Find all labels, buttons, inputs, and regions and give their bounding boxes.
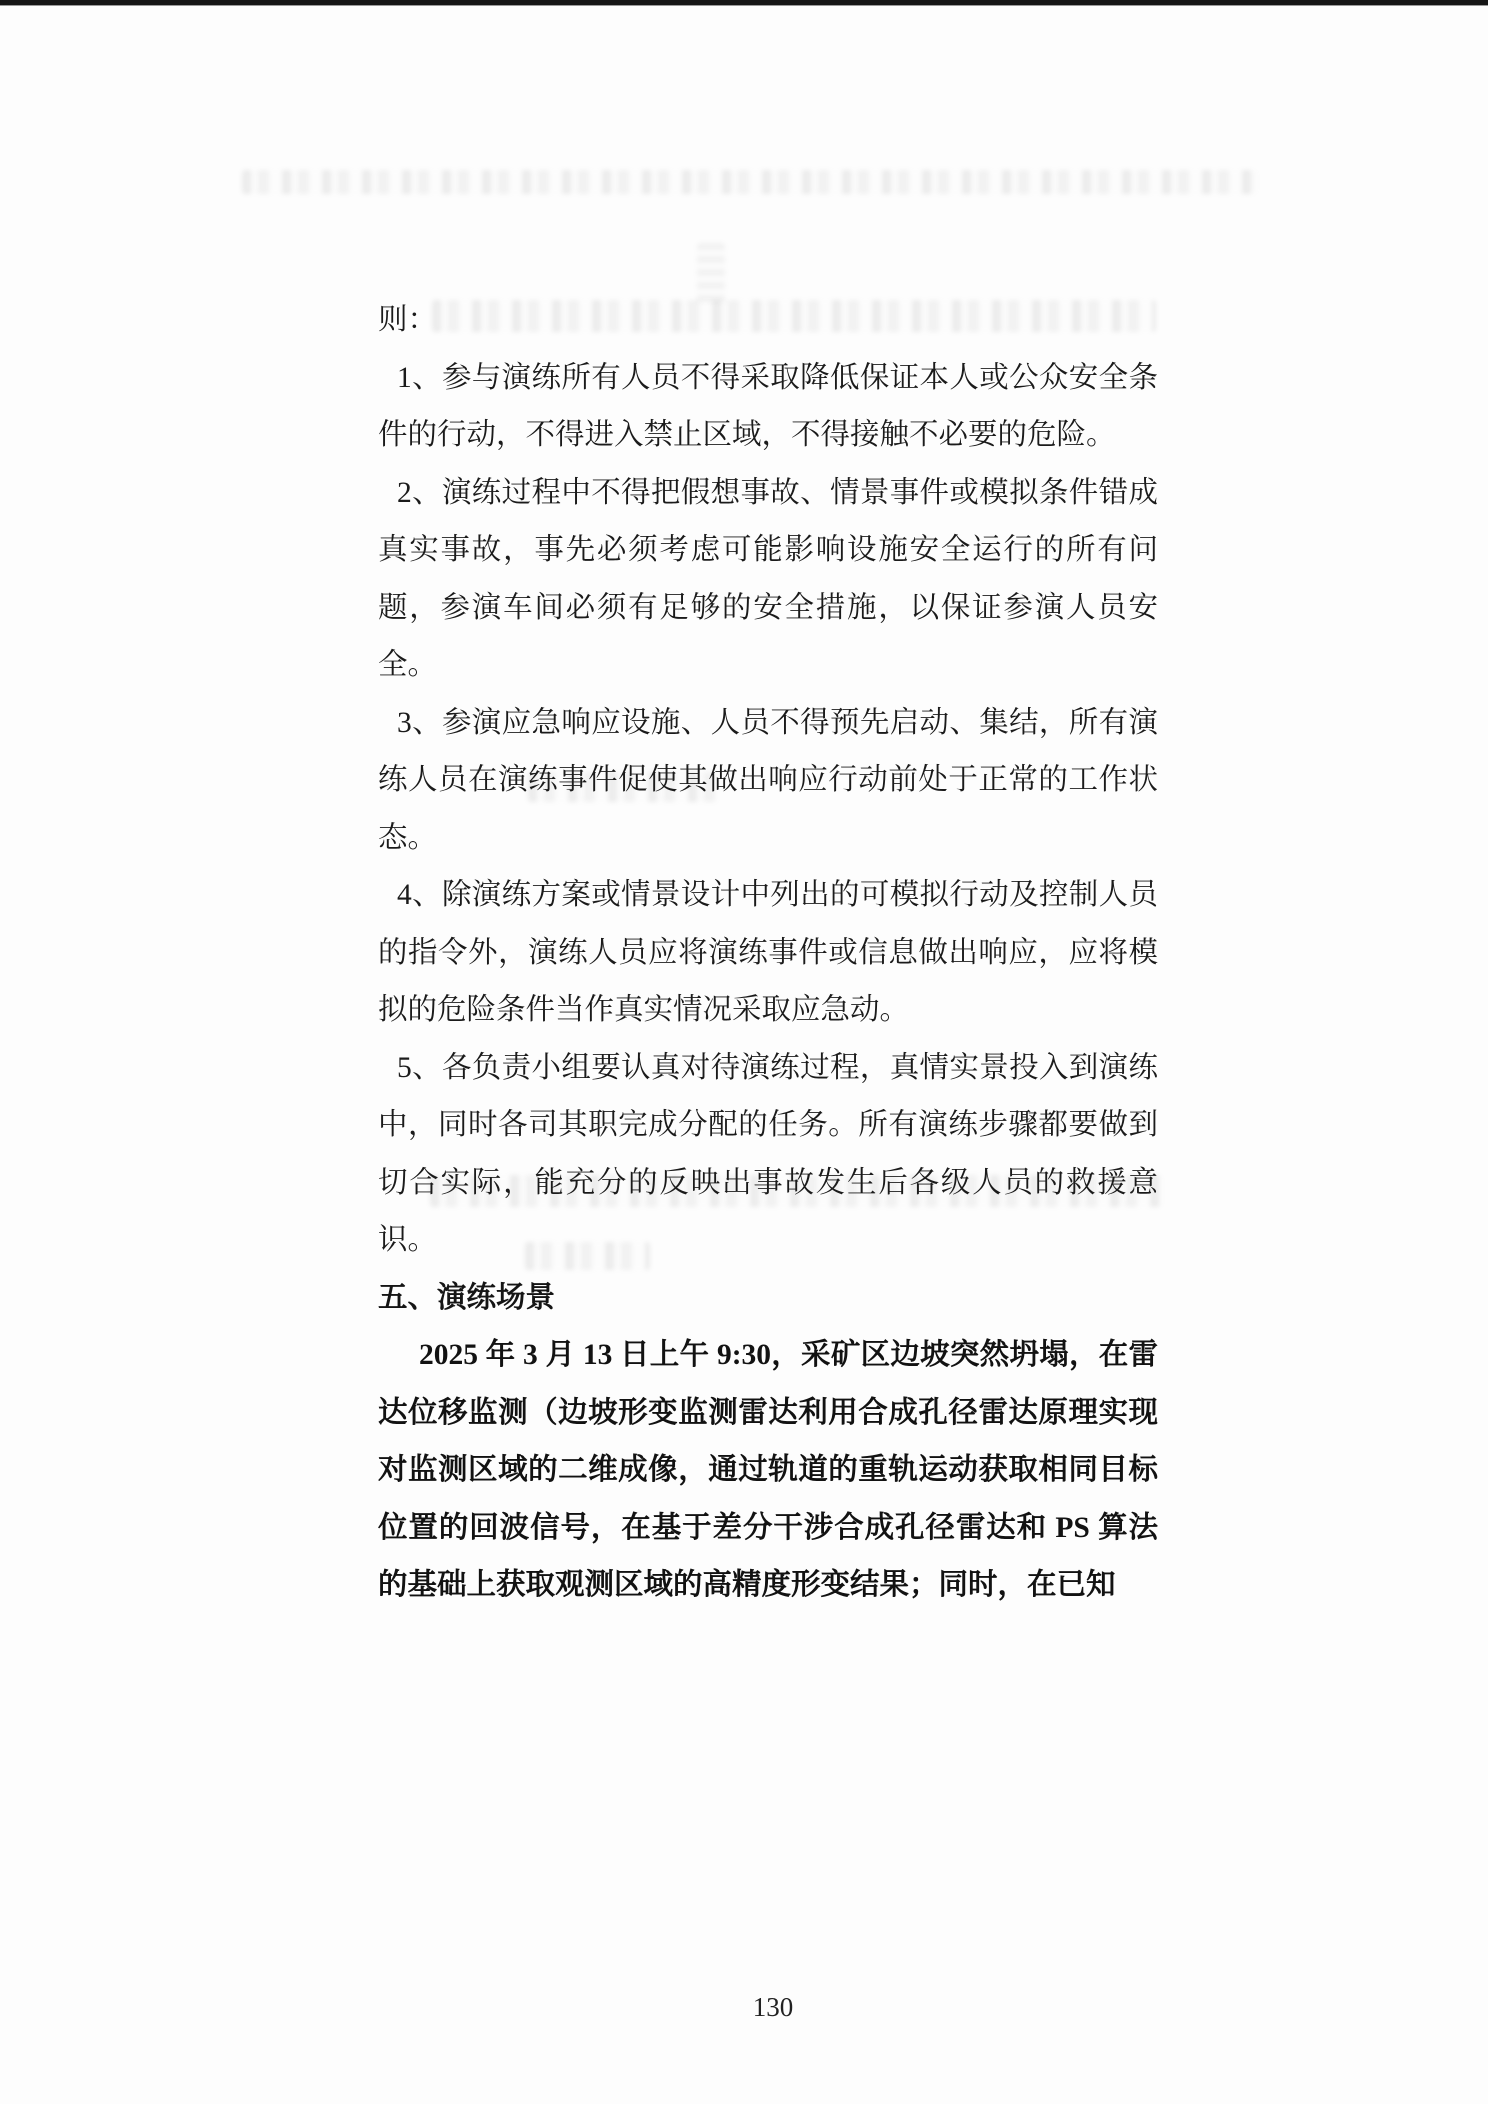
scenario-paragraph: 2025 年 3 月 13 日上午 9:30，采矿区边坡突然坍塌，在雷达位移监测…	[378, 1327, 1158, 1615]
page-number: 130	[753, 1992, 794, 2022]
rule-item-4: 4、除演练方案或情景设计中列出的可模拟行动及控制人员的指令外，演练人员应将演练事…	[378, 867, 1158, 1040]
rule-item-3: 3、参演应急响应设施、人员不得预先启动、集结，所有演练人员在演练事件促使其做出响…	[378, 695, 1158, 868]
document-page: 则： 1、参与演练所有人员不得采取降低保证本人或公众安全条件的行动，不得进入禁止…	[0, 0, 1488, 2104]
section-heading: 五、演练场景	[378, 1270, 1158, 1328]
lead-fragment-line: 则：	[378, 292, 1158, 350]
page-footer: 130	[753, 1992, 794, 2022]
bleedthrough-artifact-top-row	[242, 170, 1257, 194]
scanner-edge-artifact	[0, 0, 1488, 6]
rule-item-2: 2、演练过程中不得把假想事故、情景事件或模拟条件错成真实事故，事先必须考虑可能影…	[378, 465, 1158, 695]
rule-item-5: 5、各负责小组要认真对待演练过程，真情实景投入到演练中，同时各司其职完成分配的任…	[378, 1040, 1158, 1270]
rule-item-1: 1、参与演练所有人员不得采取降低保证本人或公众安全条件的行动，不得进入禁止区域，…	[378, 350, 1158, 465]
document-body: 则： 1、参与演练所有人员不得采取降低保证本人或公众安全条件的行动，不得进入禁止…	[378, 292, 1158, 1615]
